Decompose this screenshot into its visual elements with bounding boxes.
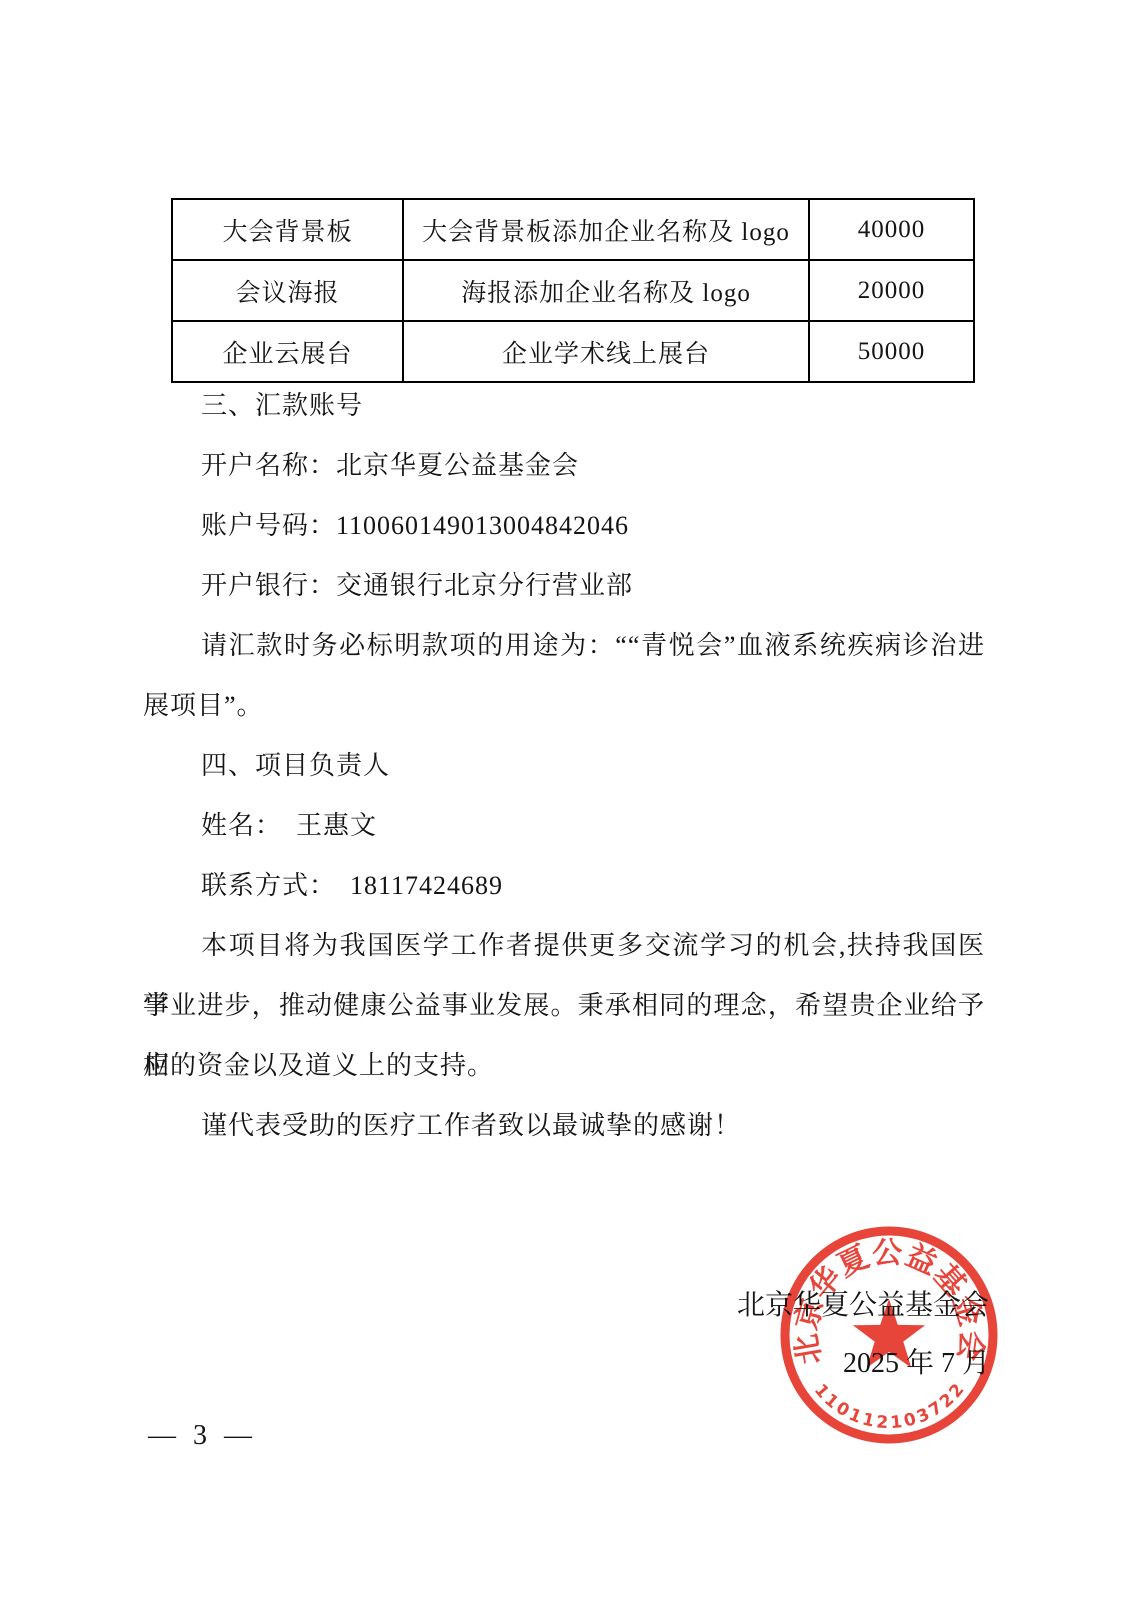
section-4-heading: 四、项目负责人 <box>143 736 985 796</box>
table-cell-benefit: 海报添加企业名称及 logo <box>403 260 809 321</box>
table-row: 会议海报 海报添加企业名称及 logo 20000 <box>172 260 974 321</box>
thanks-line: 谨代表受助的医疗工作者致以最诚挚的感谢！ <box>143 1096 985 1156</box>
table-cell-amount: 50000 <box>809 321 974 382</box>
contact-phone-line: 联系方式： 18117424689 <box>143 856 985 916</box>
account-number-line: 账户号码：110060149013004842046 <box>143 496 985 556</box>
table-cell-item: 企业云展台 <box>172 321 403 382</box>
table-cell-benefit: 大会背景板添加企业名称及 logo <box>403 199 809 260</box>
remittance-note-line-1: 请汇款时务必标明款项的用途为：““青悦会”血液系统疾病诊治进 <box>143 616 985 676</box>
table-row: 大会背景板 大会背景板添加企业名称及 logo 40000 <box>172 199 974 260</box>
account-name-line: 开户名称：北京华夏公益基金会 <box>143 436 985 496</box>
page-number: — 3 — <box>148 1420 257 1452</box>
bank-line: 开户银行：交通银行北京分行营业部 <box>143 556 985 616</box>
closing-paragraph-line-3: 应的资金以及道义上的支持。 <box>143 1036 985 1096</box>
sponsorship-price-table: 大会背景板 大会背景板添加企业名称及 logo 40000 会议海报 海报添加企… <box>171 198 975 383</box>
star-icon <box>853 1299 925 1368</box>
document-page: 大会背景板 大会背景板添加企业名称及 logo 40000 会议海报 海报添加企… <box>0 0 1131 1600</box>
contact-name-line: 姓名： 王惠文 <box>143 796 985 856</box>
table-cell-item: 大会背景板 <box>172 199 403 260</box>
closing-paragraph-line-1: 本项目将为我国医学工作者提供更多交流学习的机会,扶持我国医学 <box>143 916 985 976</box>
table-row: 企业云展台 企业学术线上展台 50000 <box>172 321 974 382</box>
table-cell-benefit: 企业学术线上展台 <box>403 321 809 382</box>
remittance-note-line-2: 展项目”。 <box>143 676 985 736</box>
table-cell-amount: 20000 <box>809 260 974 321</box>
body-text: 三、汇款账号 开户名称：北京华夏公益基金会 账户号码：1100601490130… <box>143 376 985 1156</box>
table-cell-amount: 40000 <box>809 199 974 260</box>
organization-seal: 北京华夏公益基金会 11011210372287 <box>769 1215 1009 1455</box>
table-cell-item: 会议海报 <box>172 260 403 321</box>
section-3-heading: 三、汇款账号 <box>143 376 985 436</box>
closing-paragraph-line-2: 事业进步，推动健康公益事业发展。秉承相同的理念，希望贵企业给予相 <box>143 976 985 1036</box>
